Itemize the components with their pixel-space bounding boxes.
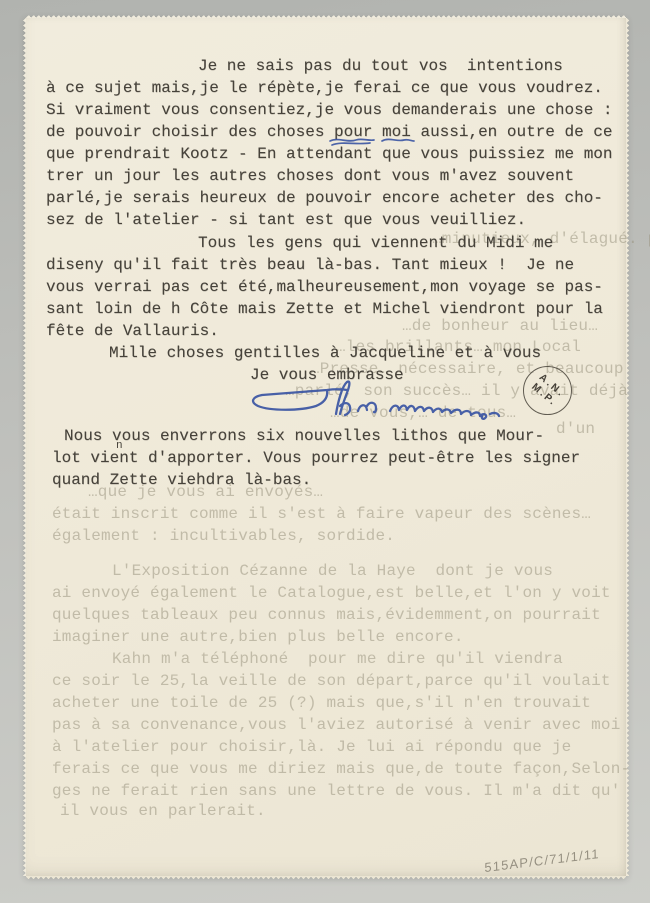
bleedthrough-line: imaginer une autre,bien plus belle encor… xyxy=(52,628,464,646)
typed-line: sez de l'atelier - si tant est que vous … xyxy=(46,211,526,229)
typed-line: Mille choses gentilles à Jacqueline et à… xyxy=(109,344,541,362)
bleedthrough-line: était inscrit comme il s'est à faire vap… xyxy=(52,505,591,523)
typed-line: diseny qu'il fait très beau là-bas. Tant… xyxy=(46,256,574,274)
typed-line: Si vraiment vous consentiez,je vous dema… xyxy=(46,101,613,119)
bleedthrough-line: …de bonheur au lieu… xyxy=(402,317,598,335)
deckle-edge-right xyxy=(626,18,629,876)
bleedthrough-line: L'Exposition Cézanne de la Haye dont je … xyxy=(112,562,553,580)
ink-underline xyxy=(326,136,426,150)
bleedthrough-line: quelques tableaux peu connus mais,évidem… xyxy=(52,606,601,624)
typed-line: sant loin de h Côte mais Zette et Michel… xyxy=(46,300,603,318)
bleedthrough-line: pas à sa convenance,vous l'aviez autoris… xyxy=(52,716,621,734)
bleedthrough-line: ai envoyé également le Catalogue,est bel… xyxy=(52,584,611,602)
typed-line: lot vient d'apporter. Vous pourrez peut-… xyxy=(52,449,580,467)
typed-line: à ce sujet mais,je le répète,je ferai ce… xyxy=(46,79,603,97)
bleedthrough-line: d'un xyxy=(556,420,595,438)
bleedthrough-line: ce soir le 25,la veille de son départ,pa… xyxy=(52,672,611,690)
deckle-edge-top xyxy=(26,15,626,18)
bleedthrough-line: ges ne ferait rien sans une lettre de vo… xyxy=(52,782,621,800)
bleedthrough-line: il vous en parlerait. xyxy=(60,802,266,820)
typed-line: parlé,je serais heureux de pouvoir encor… xyxy=(46,189,603,207)
bleedthrough-line: également : incultivables, sordide. xyxy=(52,527,395,545)
typed-line: trer un jour les autres choses dont vous… xyxy=(46,167,574,185)
deckle-edge-left xyxy=(23,18,26,876)
typed-line: fête de Vallauris. xyxy=(46,322,219,340)
archive-stamp: A.N. M.P. xyxy=(523,366,572,415)
typed-correction: n xyxy=(116,441,123,452)
typed-line: Je ne sais pas du tout vos intentions xyxy=(198,57,563,75)
signature-scrawl xyxy=(240,378,510,438)
typed-line: vous verrai pas cet été,malheureusement,… xyxy=(46,278,603,296)
deckle-edge-bottom xyxy=(26,876,626,879)
typed-line: quand Zette viehdra là-bas. xyxy=(52,471,311,489)
bleedthrough-line: acheter une toile de 25 (?) mais que,s'i… xyxy=(52,694,591,712)
bleedthrough-line: à l'atelier pour choisir,là. Je lui ai r… xyxy=(52,738,571,756)
archive-stamp-text: A.N. M.P. xyxy=(529,372,567,409)
bleedthrough-line: Kahn m'a téléphoné pour me dire qu'il vi… xyxy=(112,650,563,668)
bleedthrough-line: ferais ce que vous me diriez mais que,de… xyxy=(52,760,630,778)
typed-line: Tous les gens qui viennent du Midi me xyxy=(198,234,553,252)
scanned-letter: …minutieux, d'élagué. puis …de bonheur a… xyxy=(0,0,650,903)
